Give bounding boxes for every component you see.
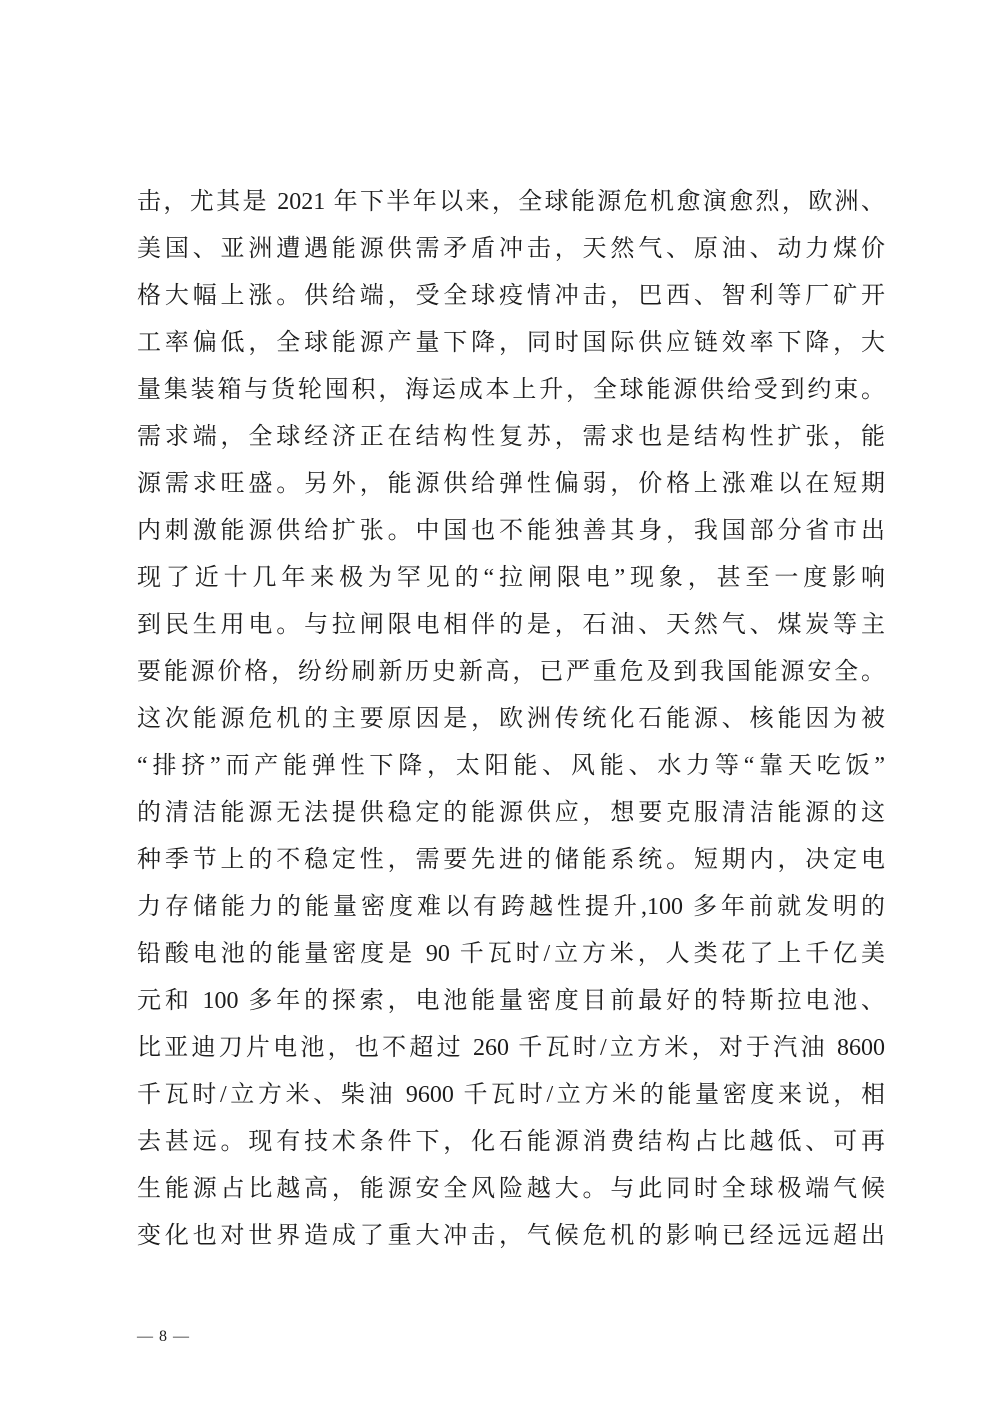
text-line: 量集装箱与货轮囤积，海运成本上升，全球能源供给受到约束。 [137,367,885,414]
text-line: 变化也对世界造成了重大冲击，气候危机的影响已经远远超出 [137,1213,885,1260]
text-line: 力存储能力的能量密度难以有跨越性提升,100 多年前就发明的 [137,884,885,931]
text-line: 元和 100 多年的探索，电池能量密度目前最好的特斯拉电池、 [137,978,885,1025]
text-line: 生能源占比越高，能源安全风险越大。与此同时全球极端气候 [137,1166,885,1213]
text-line: 要能源价格，纷纷刷新历史新高，已严重危及到我国能源安全。 [137,649,885,696]
document-page: 击，尤其是 2021 年下半年以来，全球能源危机愈演愈烈，欧洲、 美国、亚洲遭遇… [0,0,1000,1414]
text-line: 现了近十几年来极为罕见的“拉闸限电”现象，甚至一度影响 [137,555,885,602]
text-line: 的清洁能源无法提供稳定的能源供应，想要克服清洁能源的这 [137,790,885,837]
body-text-block: 击，尤其是 2021 年下半年以来，全球能源危机愈演愈烈，欧洲、 美国、亚洲遭遇… [137,179,885,1260]
text-line: 到民生用电。与拉闸限电相伴的是，石油、天然气、煤炭等主 [137,602,885,649]
text-line: 工率偏低，全球能源产量下降，同时国际供应链效率下降，大 [137,320,885,367]
text-line: 这次能源危机的主要原因是，欧洲传统化石能源、核能因为被 [137,696,885,743]
text-line: 内刺激能源供给扩张。中国也不能独善其身，我国部分省市出 [137,508,885,555]
text-line: 击，尤其是 2021 年下半年以来，全球能源危机愈演愈烈，欧洲、 [137,179,885,226]
text-line: 格大幅上涨。供给端，受全球疫情冲击，巴西、智利等厂矿开 [137,273,885,320]
text-line: “排挤”而产能弹性下降，太阳能、风能、水力等“靠天吃饭” [137,743,885,790]
text-line: 需求端，全球经济正在结构性复苏，需求也是结构性扩张，能 [137,414,885,461]
page-number: — 8 — [137,1327,190,1347]
text-line: 种季节上的不稳定性，需要先进的储能系统。短期内，决定电 [137,837,885,884]
text-line: 比亚迪刀片电池，也不超过 260 千瓦时/立方米，对于汽油 8600 [137,1025,885,1072]
text-line: 千瓦时/立方米、柴油 9600 千瓦时/立方米的能量密度来说，相 [137,1072,885,1119]
text-line: 铅酸电池的能量密度是 90 千瓦时/立方米，人类花了上千亿美 [137,931,885,978]
text-line: 去甚远。现有技术条件下，化石能源消费结构占比越低、可再 [137,1119,885,1166]
text-line: 源需求旺盛。另外，能源供给弹性偏弱，价格上涨难以在短期 [137,461,885,508]
text-line: 美国、亚洲遭遇能源供需矛盾冲击，天然气、原油、动力煤价 [137,226,885,273]
